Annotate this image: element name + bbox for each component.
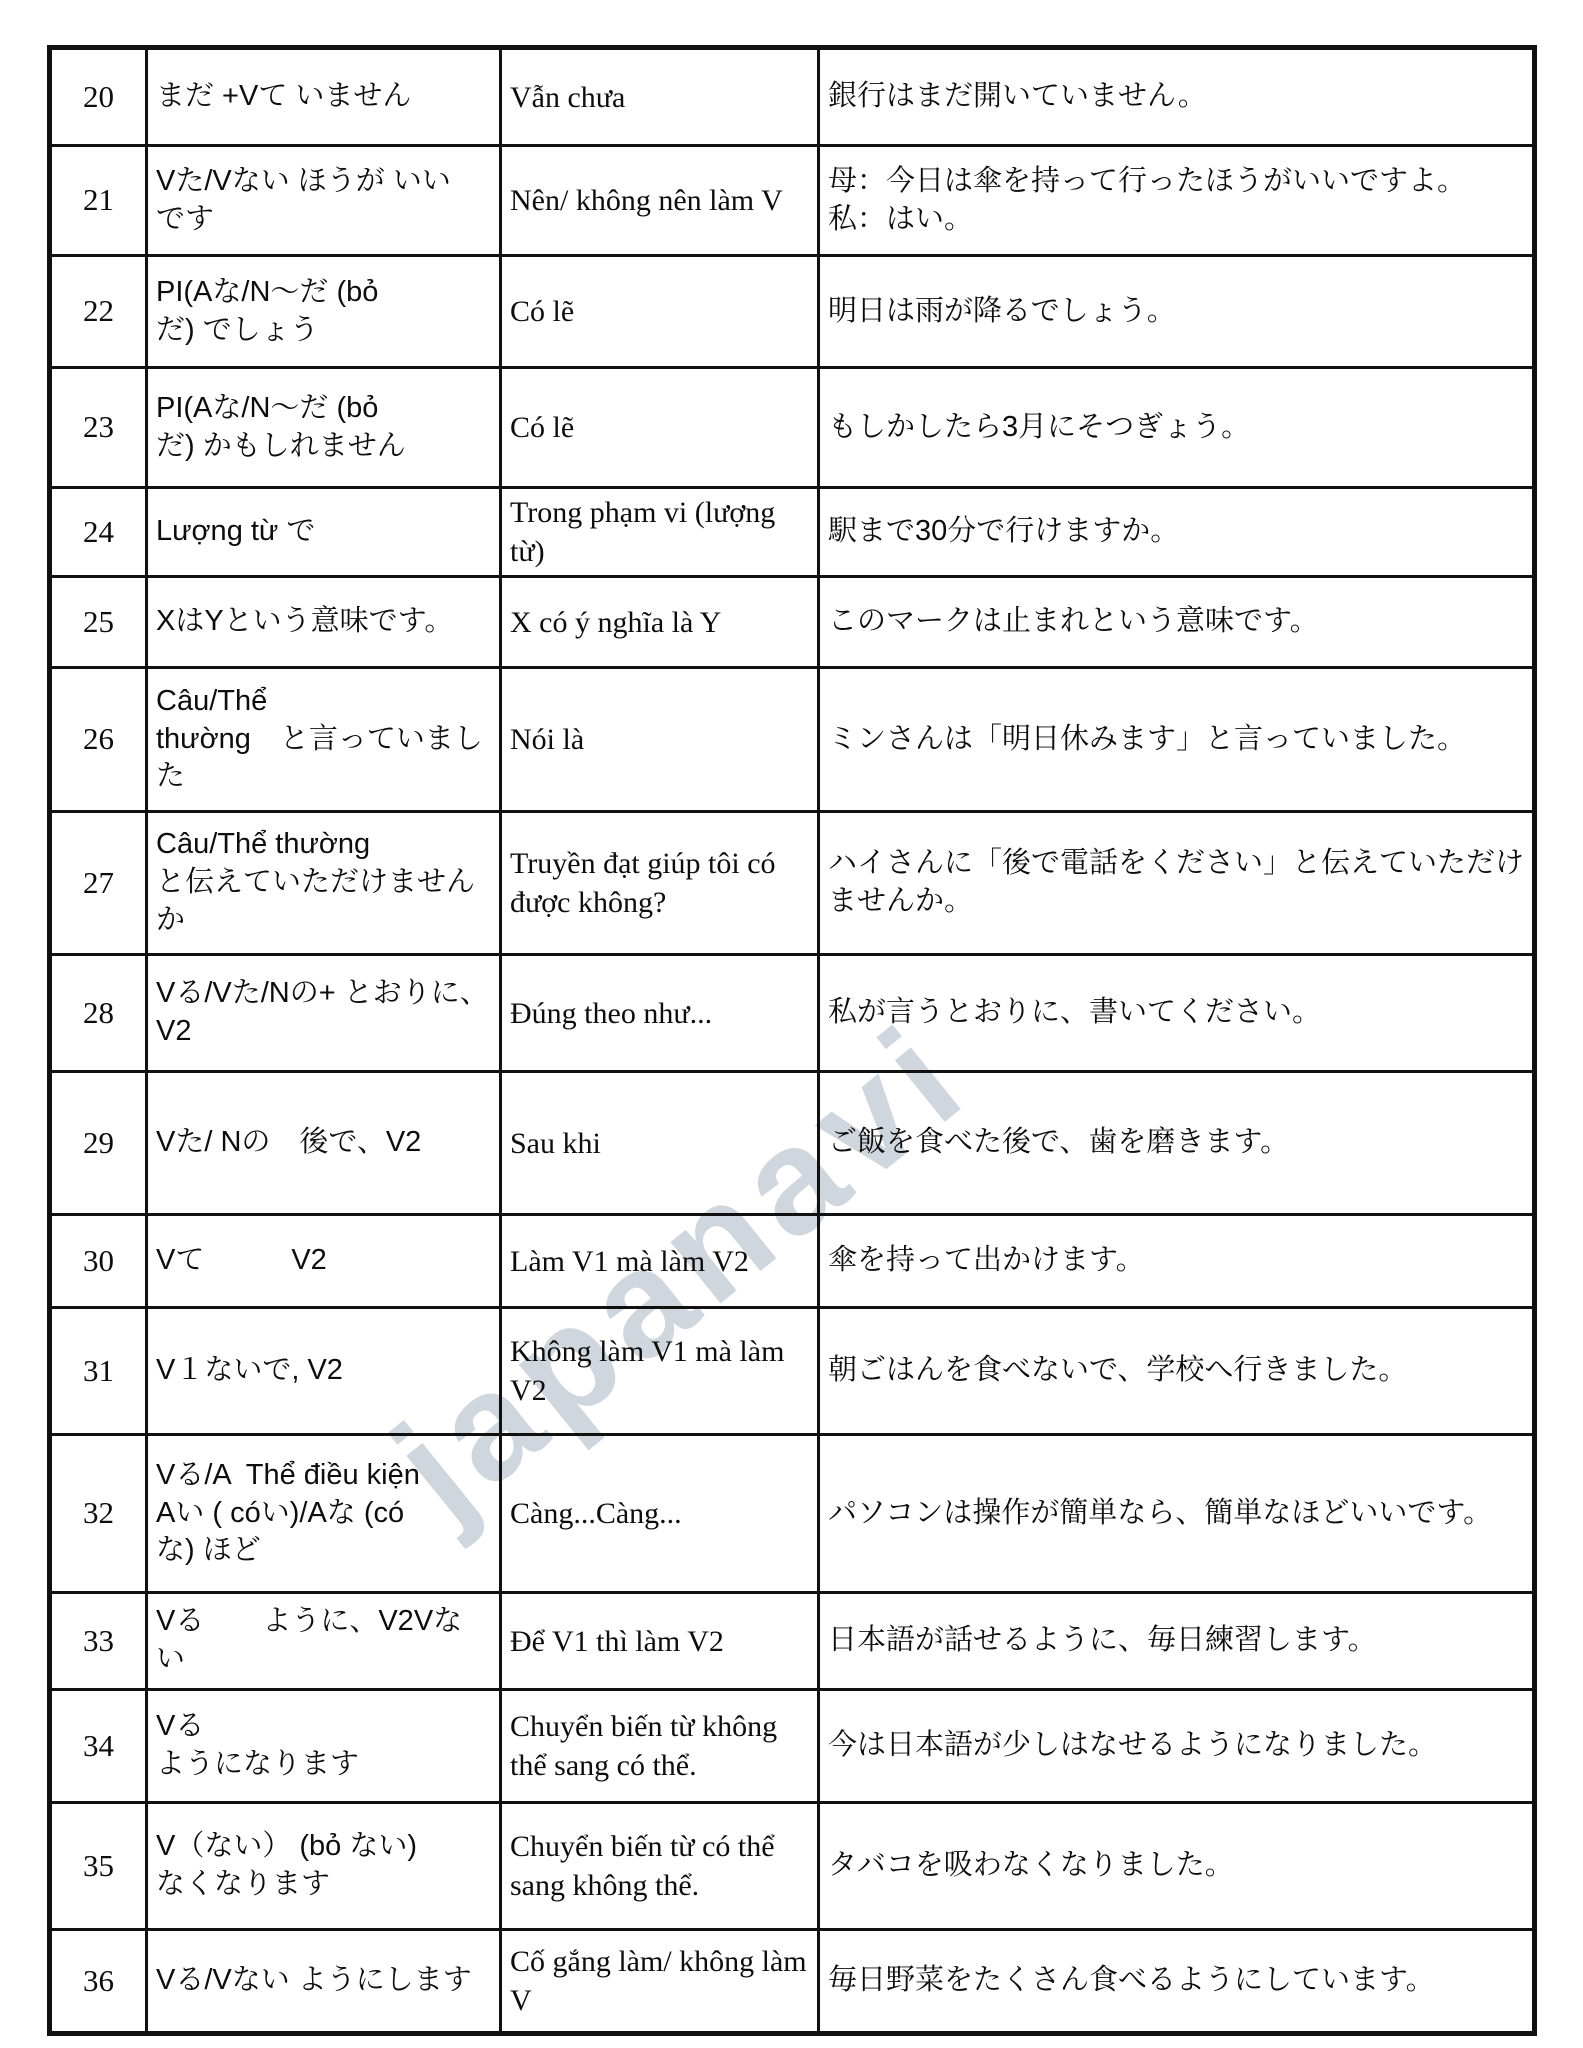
japanese-example-cell: ミンさんは「明日休みます」と言っていました。: [819, 668, 1535, 812]
japanese-example-cell: 今は日本語が少しはなせるようになりました。: [819, 1690, 1535, 1803]
row-number-cell: 28: [50, 955, 147, 1072]
row-number-cell: 23: [50, 368, 147, 488]
table-row: 29Vた/ Nの 後で、V2Sau khiご飯を食べた後で、歯を磨きます。: [50, 1072, 1535, 1215]
vietnamese-meaning-cell: Đúng theo như...: [501, 955, 819, 1072]
grammar-table: 20まだ +Vて いませんVẫn chưa銀行はまだ開いていません。21Vた/V…: [47, 45, 1537, 2036]
grammar-pattern-cell: Vた/ Nの 後で、V2: [147, 1072, 501, 1215]
table-row: 22PI(Aな/N～だ (bỏ だ) でしょうCó lẽ明日は雨が降るでしょう。: [50, 256, 1535, 368]
row-number-cell: 21: [50, 146, 147, 256]
vietnamese-meaning-cell: Có lẽ: [501, 256, 819, 368]
vietnamese-meaning-cell: Chuyển biến từ không thể sang có thể.: [501, 1690, 819, 1803]
grammar-pattern-cell: Câu/Thể thường と伝えていただけませんか: [147, 812, 501, 955]
japanese-example-cell: 日本語が話せるように、毎日練習します。: [819, 1593, 1535, 1690]
grammar-pattern-cell: まだ +Vて いません: [147, 48, 501, 146]
japanese-example-cell: 私が言うとおりに、書いてください。: [819, 955, 1535, 1072]
table-row: 30Vて V2Làm V1 mà làm V2傘を持って出かけます。: [50, 1215, 1535, 1308]
grammar-pattern-cell: Vた/Vない ほうが いい です: [147, 146, 501, 256]
grammar-pattern-cell: Vて V2: [147, 1215, 501, 1308]
table-row: 31V１ないで, V2Không làm V1 mà làm V2朝ごはんを食べ…: [50, 1308, 1535, 1435]
table-row: 32Vる/A Thể điều kiện Aい ( cóい)/Aな (có な)…: [50, 1435, 1535, 1593]
row-number-cell: 30: [50, 1215, 147, 1308]
grammar-pattern-cell: Vる ように、V2Vない: [147, 1593, 501, 1690]
vietnamese-meaning-cell: Chuyển biến từ có thể sang không thể.: [501, 1803, 819, 1930]
table-row: 35V（ない） (bỏ ない) なくなりますChuyển biến từ có …: [50, 1803, 1535, 1930]
row-number-cell: 36: [50, 1930, 147, 2034]
japanese-example-cell: 駅まで30分で行けますか。: [819, 488, 1535, 577]
row-number-cell: 34: [50, 1690, 147, 1803]
table-row: 36Vる/Vない ようにしますCố gắng làm/ không làm V毎…: [50, 1930, 1535, 2034]
grammar-pattern-cell: Vる/Vた/Nの+ とおりに、 V2: [147, 955, 501, 1072]
grammar-pattern-cell: Vる/A Thể điều kiện Aい ( cóい)/Aな (có な) ほ…: [147, 1435, 501, 1593]
vietnamese-meaning-cell: Để V1 thì làm V2: [501, 1593, 819, 1690]
row-number-cell: 24: [50, 488, 147, 577]
row-number-cell: 26: [50, 668, 147, 812]
grammar-pattern-cell: XはYという意味です。: [147, 577, 501, 668]
japanese-example-cell: 傘を持って出かけます。: [819, 1215, 1535, 1308]
table-row: 28Vる/Vた/Nの+ とおりに、 V2Đúng theo như...私が言う…: [50, 955, 1535, 1072]
vietnamese-meaning-cell: Sau khi: [501, 1072, 819, 1215]
japanese-example-cell: 朝ごはんを食べないで、学校へ行きました。: [819, 1308, 1535, 1435]
vietnamese-meaning-cell: Cố gắng làm/ không làm V: [501, 1930, 819, 2034]
row-number-cell: 35: [50, 1803, 147, 1930]
table-row: 25XはYという意味です。X có ý nghĩa là Yこのマークは止まれと…: [50, 577, 1535, 668]
row-number-cell: 31: [50, 1308, 147, 1435]
japanese-example-cell: ご飯を食べた後で、歯を磨きます。: [819, 1072, 1535, 1215]
row-number-cell: 22: [50, 256, 147, 368]
japanese-example-cell: このマークは止まれという意味です。: [819, 577, 1535, 668]
row-number-cell: 32: [50, 1435, 147, 1593]
table-row: 24Lượng từ でTrong phạm vi (lượng từ)駅まで3…: [50, 488, 1535, 577]
table-row: 27Câu/Thể thường と伝えていただけませんかTruyền đạt …: [50, 812, 1535, 955]
grammar-pattern-cell: Câu/Thể thường と言っていました: [147, 668, 501, 812]
vietnamese-meaning-cell: Vẫn chưa: [501, 48, 819, 146]
table-row: 33Vる ように、V2VないĐể V1 thì làm V2日本語が話せるように…: [50, 1593, 1535, 1690]
japanese-example-cell: パソコンは操作が簡単なら、簡単なほどいいです。: [819, 1435, 1535, 1593]
vietnamese-meaning-cell: Trong phạm vi (lượng từ): [501, 488, 819, 577]
vietnamese-meaning-cell: X có ý nghĩa là Y: [501, 577, 819, 668]
japanese-example-cell: もしかしたら3月にそつぎょう。: [819, 368, 1535, 488]
japanese-example-cell: 毎日野菜をたくさん食べるようにしています。: [819, 1930, 1535, 2034]
table-row: 23PI(Aな/N～だ (bỏ だ) かもしれませんCó lẽもしかしたら3月に…: [50, 368, 1535, 488]
row-number-cell: 27: [50, 812, 147, 955]
table-row: 21Vた/Vない ほうが いい ですNên/ không nên làm V母：…: [50, 146, 1535, 256]
japanese-example-cell: 母：今日は傘を持って行ったほうがいいですよ。 私：はい。: [819, 146, 1535, 256]
vietnamese-meaning-cell: Làm V1 mà làm V2: [501, 1215, 819, 1308]
table-row: 26Câu/Thể thường と言っていましたNói làミンさんは「明日休…: [50, 668, 1535, 812]
grammar-pattern-cell: Vる/Vない ようにします: [147, 1930, 501, 2034]
vietnamese-meaning-cell: Truyền đạt giúp tôi có được không?: [501, 812, 819, 955]
vietnamese-meaning-cell: Nói là: [501, 668, 819, 812]
vietnamese-meaning-cell: Có lẽ: [501, 368, 819, 488]
row-number-cell: 33: [50, 1593, 147, 1690]
table-row: 34Vる ようになりますChuyển biến từ không thể san…: [50, 1690, 1535, 1803]
table-row: 20まだ +Vて いませんVẫn chưa銀行はまだ開いていません。: [50, 48, 1535, 146]
row-number-cell: 20: [50, 48, 147, 146]
grammar-pattern-cell: V１ないで, V2: [147, 1308, 501, 1435]
vietnamese-meaning-cell: Càng...Càng...: [501, 1435, 819, 1593]
grammar-pattern-cell: PI(Aな/N～だ (bỏ だ) でしょう: [147, 256, 501, 368]
vietnamese-meaning-cell: Không làm V1 mà làm V2: [501, 1308, 819, 1435]
grammar-pattern-cell: PI(Aな/N～だ (bỏ だ) かもしれません: [147, 368, 501, 488]
japanese-example-cell: 明日は雨が降るでしょう。: [819, 256, 1535, 368]
row-number-cell: 29: [50, 1072, 147, 1215]
japanese-example-cell: ハイさんに「後で電話をください」と伝えていただけませんか。: [819, 812, 1535, 955]
grammar-pattern-cell: V（ない） (bỏ ない) なくなります: [147, 1803, 501, 1930]
grammar-pattern-cell: Lượng từ で: [147, 488, 501, 577]
japanese-example-cell: タバコを吸わなくなりました。: [819, 1803, 1535, 1930]
grammar-pattern-cell: Vる ようになります: [147, 1690, 501, 1803]
vietnamese-meaning-cell: Nên/ không nên làm V: [501, 146, 819, 256]
japanese-example-cell: 銀行はまだ開いていません。: [819, 48, 1535, 146]
row-number-cell: 25: [50, 577, 147, 668]
